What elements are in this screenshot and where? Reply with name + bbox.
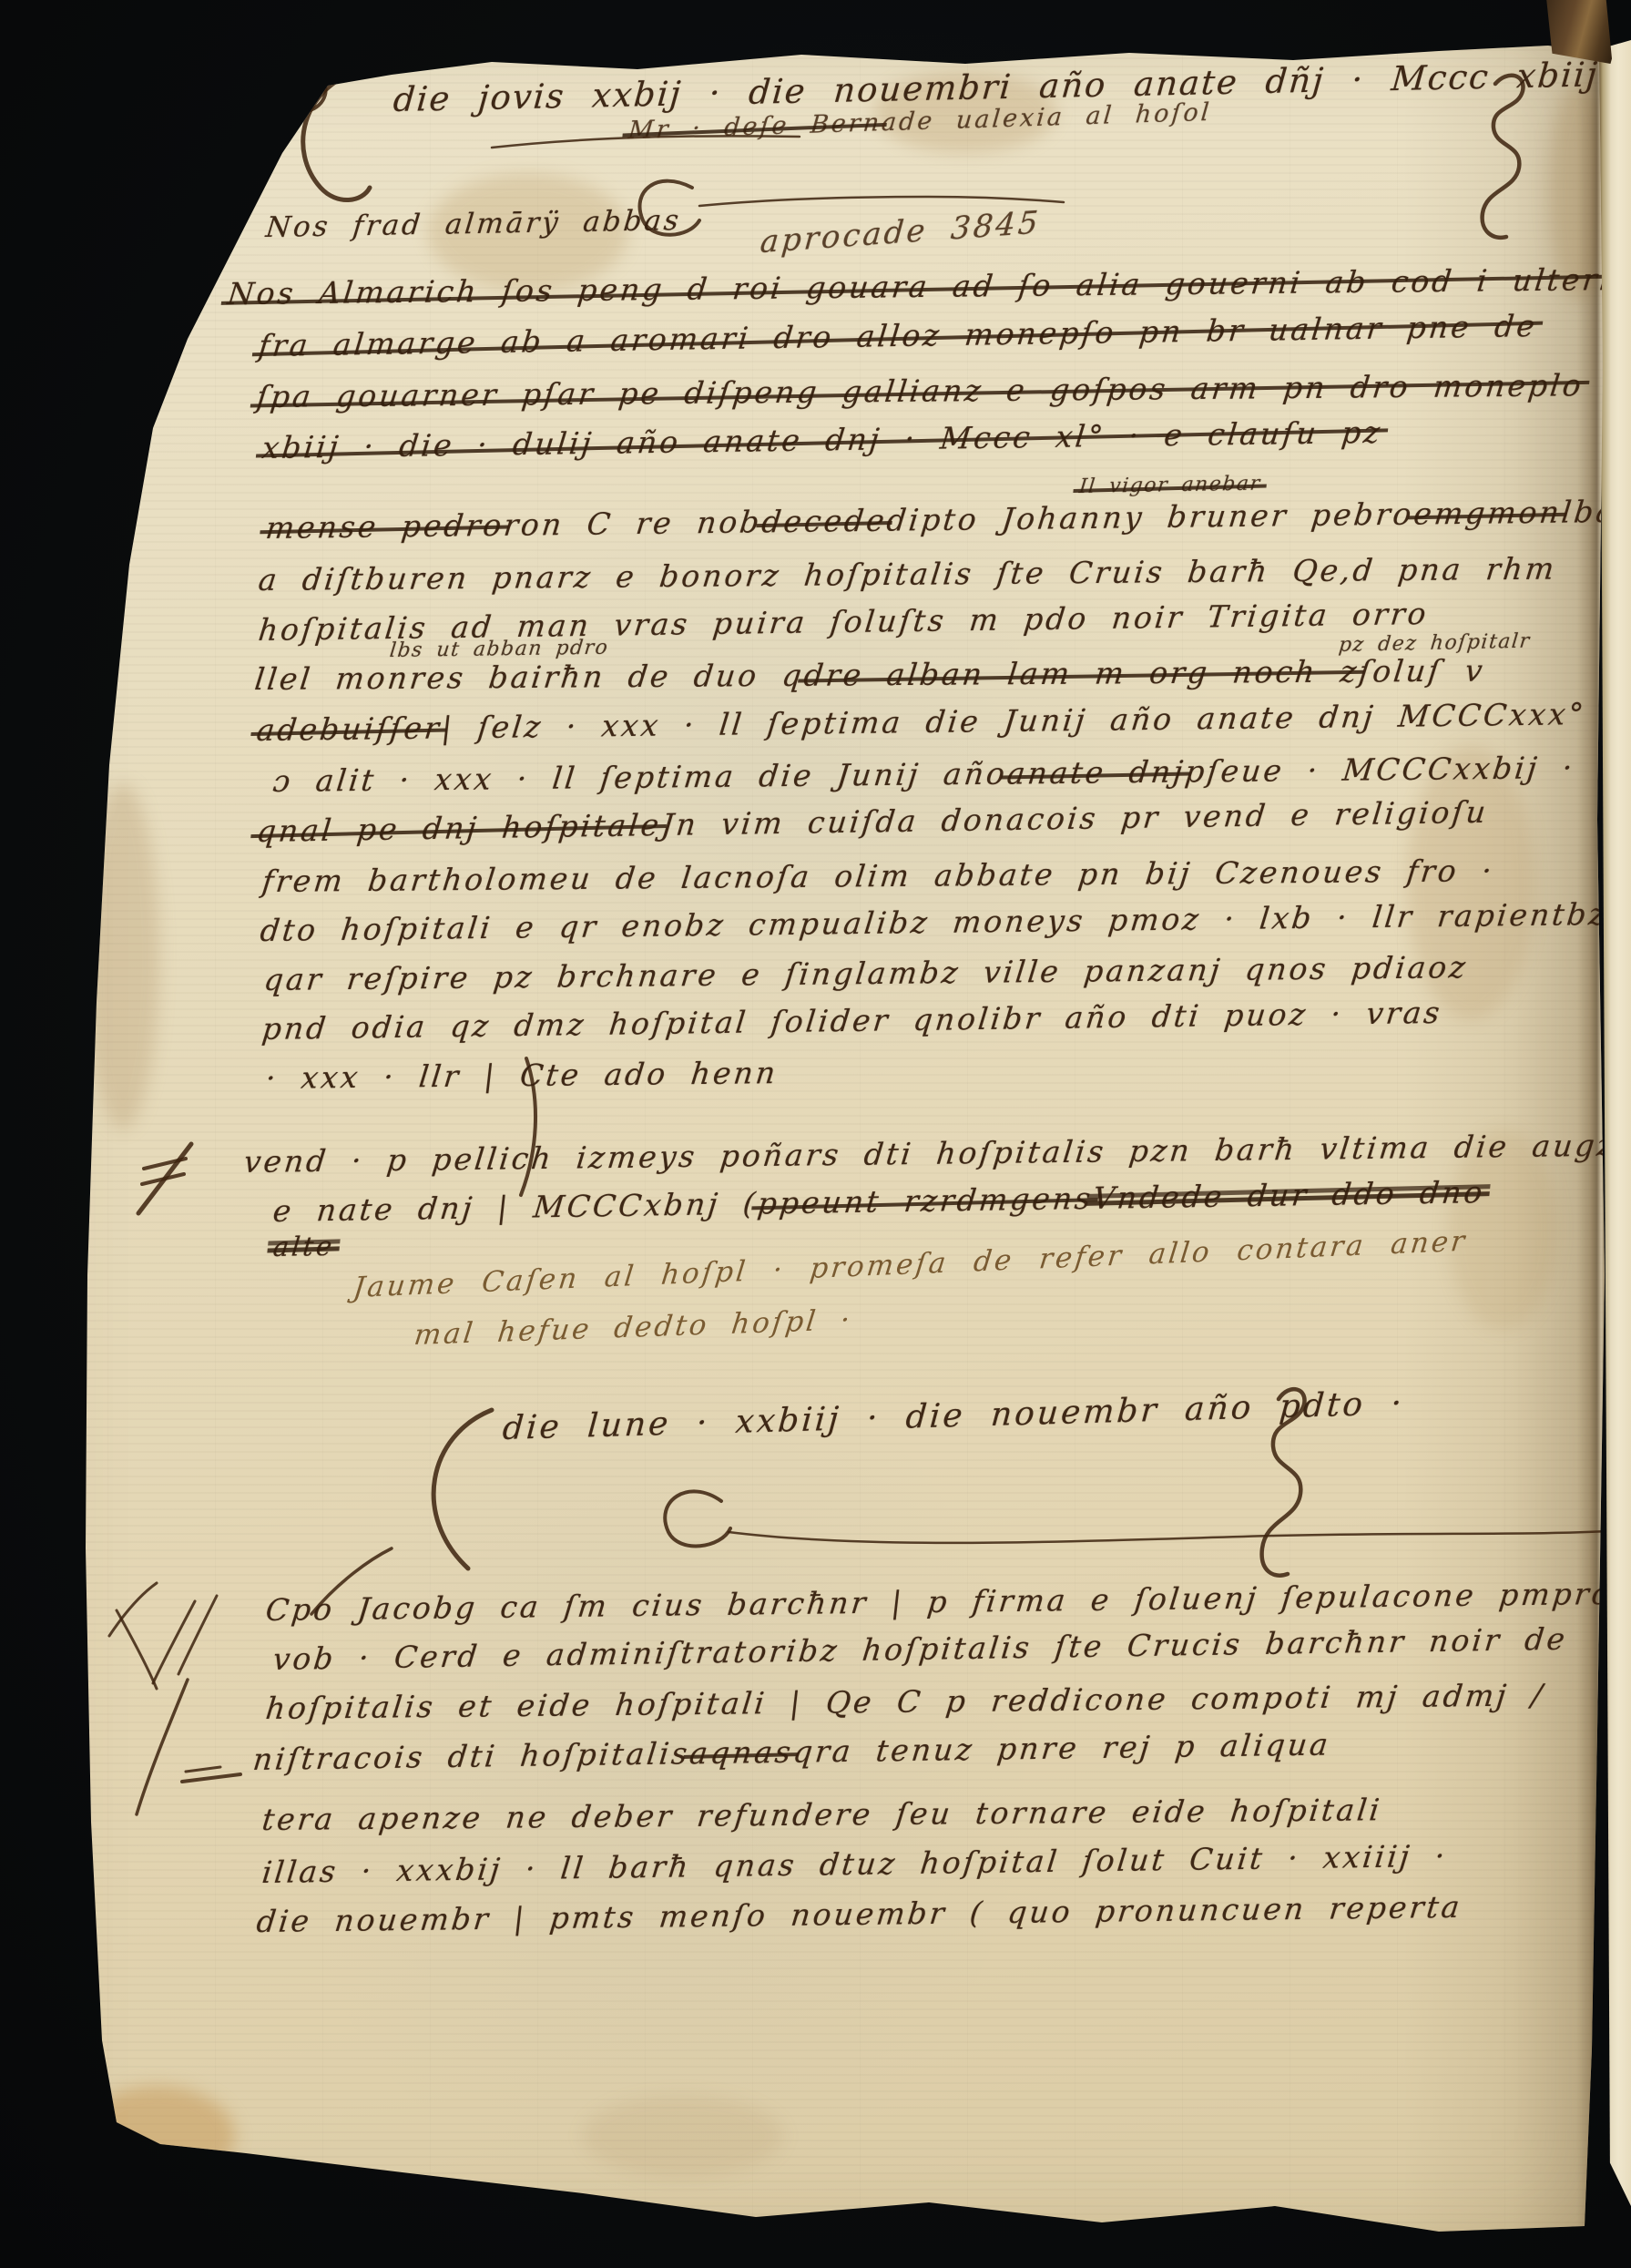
margin-dash-mark (182, 1774, 240, 1782)
entry3-seg: aqnas (688, 1734, 795, 1772)
entry3-seg: tera apenze ne deber refundere ſeu torna… (260, 1792, 1384, 1837)
entry3-seg: hoſpitalis et eide hoſpitali | Qe C p re… (264, 1677, 1546, 1726)
manuscript-photo-scene: die jovis xxbij · die nouembri año anate… (0, 0, 1631, 2268)
entry3-seg: vob · Cerd e adminiſtratoribz hoſpitalis… (271, 1621, 1569, 1677)
entry1-seg: decede (759, 503, 889, 540)
entry1-line: pnd odia qz dmz hoſpital ſolider qnolibr… (260, 995, 1444, 1047)
inserted-note-struck: Mr · deſe Bern (627, 108, 883, 145)
margin-slash-stroke (137, 1680, 188, 1814)
entry1-seg: ſoluſ v (1357, 653, 1487, 690)
adjacent-folio-edge (1599, 40, 1631, 2206)
stain (583, 2095, 783, 2177)
entry1-seg: ron C re nob (502, 504, 763, 543)
entry3-line: Cpo Jacobg ca ſm cius barcħnr | p firma … (264, 1576, 1615, 1628)
entry3-seg: illas · xxxbij · ll barħ qnas dtuz hoſpi… (260, 1838, 1450, 1890)
archive-number-note: aprocade 3845 (759, 204, 1042, 261)
entry1-seg: | ſelz · xxx · ll ſeptima die Junij año … (440, 696, 1588, 745)
stain (80, 2086, 235, 2186)
entry1-line: dto hoſpitali e qr enobz cmpualibz money… (259, 896, 1609, 948)
entry1-line: ɔ alit · xxx · ll ſeptima die Junij año … (271, 750, 1577, 799)
cancelled-line: fra almarge ab a aromari dro alloz monep… (257, 308, 1539, 363)
margin-slash-stroke (109, 1583, 157, 1636)
entry1-line: a diſtburen pnarz e bonorz hoſpitalis ſt… (257, 551, 1559, 598)
cancelled-line: ſpa gouarner pſar pe diſpeng gallianz e … (255, 367, 1585, 414)
entry1-line: qar reſpire pz brchnare e ſinglambz vill… (262, 949, 1470, 997)
entry2-line: e nate dnj | MCCCxbnj ( ppeunt rzrdmgens… (271, 1174, 1487, 1229)
entry3-line: hoſpitalis et eide hoſpitali | Qe C p re… (264, 1677, 1546, 1726)
entry1-seg: pnd odia qz dmz hoſpital ſolider qnolibr… (260, 995, 1444, 1047)
later-note-text: mal hefue dedto hoſpl · (413, 1303, 854, 1352)
heading2-long-tail (729, 1530, 1623, 1543)
later-note-line: mal hefue dedto hoſpl · (413, 1303, 854, 1352)
margin-cross-mark (138, 1144, 191, 1213)
entry1-seg: qar reſpire pz brchnare e ſinglambz vill… (262, 949, 1470, 997)
entry1-seg: adebuiſſer (255, 710, 443, 748)
margin-slash-stroke (153, 1601, 195, 1683)
c-paraph-tail (699, 197, 1064, 206)
heading1-paraph (303, 69, 370, 200)
entry1-line: llel monres bairħn de duo q dre alban la… (253, 653, 1487, 697)
entry1-line: · xxx · llr | Cte ado henn (264, 1055, 780, 1096)
entry2-cancelled-word: alte (271, 1231, 336, 1262)
entry1-seg: mense pedro (264, 507, 506, 546)
heading2-date-text: die lune · xxbiij · die nouembr año pdto… (501, 1384, 1405, 1447)
entry1-line: frem bartholomeu de lacnoſa olim abbate … (260, 853, 1496, 899)
heading2-c-paraph (665, 1491, 730, 1546)
entry2-seg: ppeunt rzrdmgens (756, 1180, 1095, 1221)
entry1-seg: a diſtburen pnarz e bonorz hoſpitalis ſt… (257, 551, 1559, 598)
entry1-seg: Jn vim cuiſda donacois pr vend e religio… (659, 794, 1490, 843)
entry2-seg: alte (271, 1231, 336, 1262)
margin-cross-tick (144, 1159, 186, 1169)
interlinear-text: Il vigor anebar (1078, 472, 1262, 498)
manuscript-page: die jovis xxbij · die nouembri año anate… (0, 0, 1631, 2268)
entry1-seg: qnal pe dnj hoſpitale (255, 807, 663, 849)
cancelled-text: fra almarge ab a aromari dro alloz monep… (257, 308, 1539, 363)
entry1-seg: dre alban lam m org noch z (802, 654, 1361, 693)
entry1-seg: · xxx · llr | Cte ado henn (264, 1055, 780, 1096)
entry2-line: vend · p pellich izmeys poñars dti hoſpi… (242, 1126, 1631, 1180)
entry1-seg: frem bartholomeu de lacnoſa olim abbate … (260, 853, 1496, 899)
top-squiggle-flourish (244, 68, 326, 111)
cancelled-line: xbiij · die · dulij año anate dnj · Mccc… (260, 414, 1384, 465)
entry2-seg: Vndede dur ddo dno (1091, 1174, 1487, 1216)
entry3-seg: die nouembr | pmts menſo nouembr ( quo p… (255, 1889, 1464, 1939)
cancelled-text: ſpa gouarner pſar pe diſpeng gallianz e … (255, 367, 1585, 414)
entry2-seg: vend · p pellich izmeys poñars dti hoſpi… (242, 1126, 1631, 1180)
margin-cross-tick (142, 1174, 184, 1184)
heading1-end-flourish (1483, 76, 1524, 238)
entry3-line: die nouembr | pmts menſo nouembr ( quo p… (255, 1889, 1464, 1939)
entry1-seg: emgmon (1412, 495, 1564, 532)
margin-quill-stroke-tip (151, 310, 166, 332)
entry1-line: mense pedro ron C re nob decede dipto Jo… (264, 493, 1631, 546)
entry3-seg: Cpo Jacobg ca ſm cius barcħnr | p firma … (264, 1576, 1615, 1628)
heading2-date-line: die lune · xxbiij · die nouembr año pdto… (501, 1384, 1405, 1447)
entry1-line: qnal pe dnj hoſpitale Jn vim cuiſda dona… (255, 794, 1490, 849)
entry3-line: tera apenze ne deber refundere ſeu torna… (260, 1792, 1384, 1837)
stain (87, 783, 159, 1129)
entry3-line: niſtracois dti hoſpitalis aqnas qra tenu… (251, 1726, 1332, 1777)
entry1-seg: dto hoſpitali e qr enobz cmpualibz money… (259, 896, 1609, 948)
entry3-seg: niſtracois dti hoſpitalis (251, 1735, 692, 1777)
entry1-seg: pſeue · MCCCxxbij · (1183, 750, 1576, 790)
entry2-seg: e nate dnj | MCCCxbnj ( (271, 1186, 759, 1229)
entry1-line: adebuiſſer | ſelz · xxx · ll ſeptima die… (255, 696, 1588, 748)
entry1-seg: ɔ alit · xxx · ll ſeptima die Junij año (271, 756, 1009, 799)
archive-number-text: aprocade 3845 (759, 204, 1042, 261)
margin-slash-stroke (178, 1596, 217, 1674)
cancelled-text: Nos Almarich ſos peng d roi gouara ad ſo… (226, 261, 1631, 312)
entry3-line: vob · Cerd e adminiſtratoribz hoſpitalis… (271, 1621, 1569, 1677)
margin-slash-stroke (117, 1610, 157, 1689)
entry1-seg: llel monres bairħn de duo q (253, 658, 806, 697)
interlinear-note: Il vigor anebar (1078, 472, 1262, 498)
later-note-text: Jaume Caſen al hoſpl · promeſa de refer … (352, 1225, 1469, 1304)
later-note-line: Jaume Caſen al hoſpl · promeſa de refer … (352, 1225, 1469, 1304)
entry3-line: illas · xxxbij · ll barħ qnas dtuz hoſpi… (260, 1838, 1450, 1890)
cancelled-text: xbiij · die · dulij año anate dnj · Mccc… (260, 414, 1384, 465)
margin-dash-mark (186, 1767, 220, 1772)
entry1-seg: dipto Johanny bruner pebro (885, 496, 1416, 538)
entry3-seg: qra tenuz pnre rej p aliqua (791, 1726, 1332, 1769)
cancelled-line: Nos Almarich ſos peng d roi gouara ad ſo… (226, 261, 1631, 312)
heading2-paraph (433, 1410, 492, 1568)
entry1-seg: anate dnj (1005, 753, 1188, 791)
